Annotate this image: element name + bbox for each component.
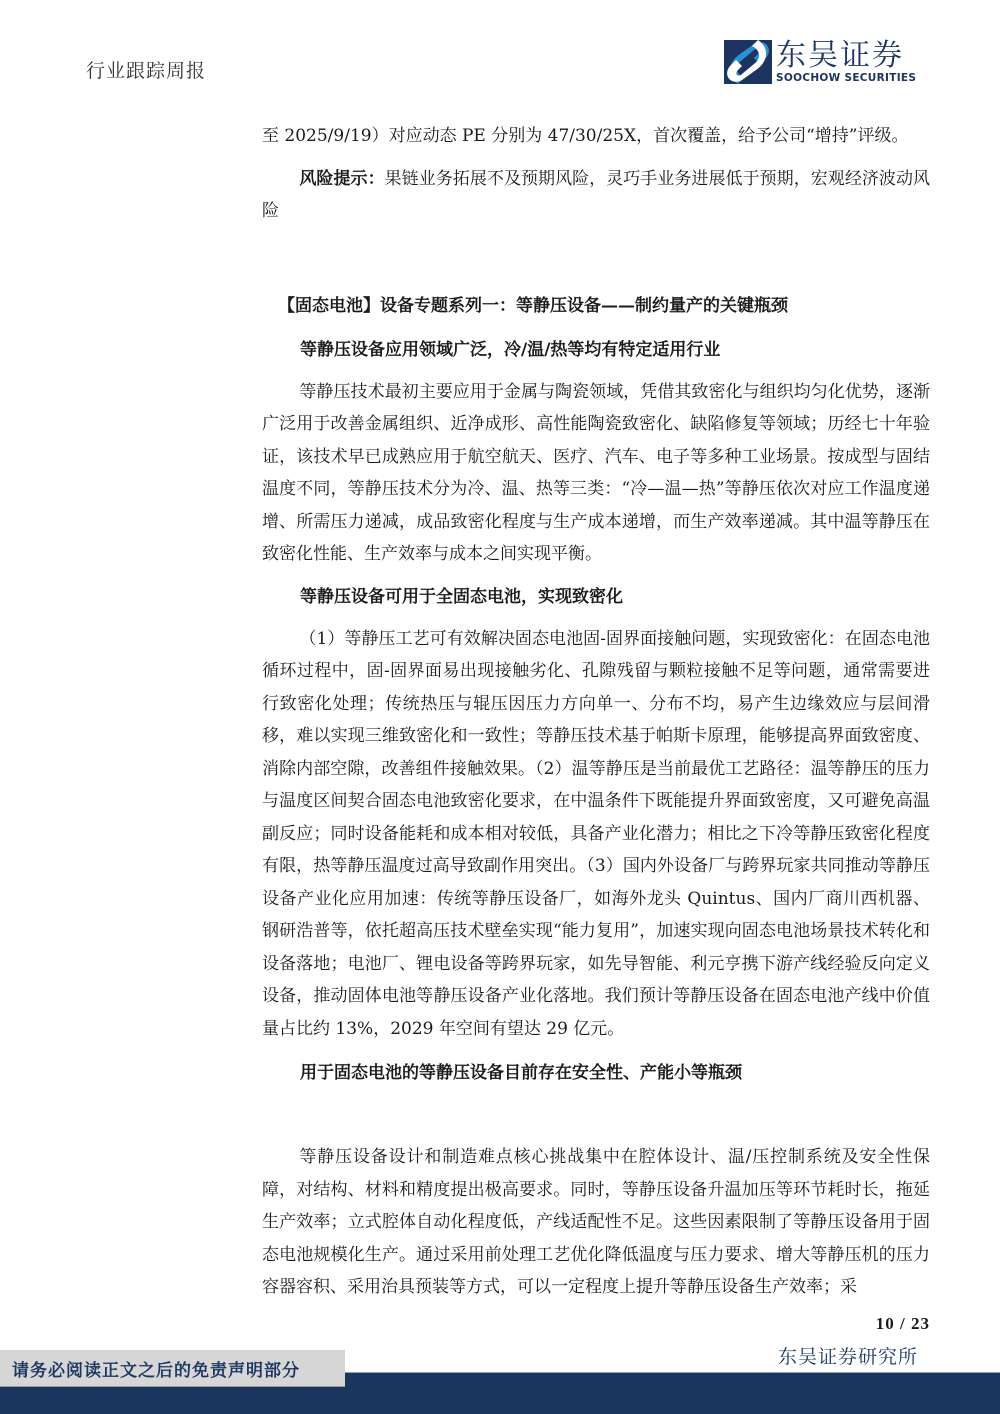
subsection-paragraph-1: 等静压技术最初主要应用于金属与陶瓷领域，凭借其致密化与组织均匀化优势，逐渐广泛用… bbox=[262, 376, 930, 571]
report-body: 至 2025/9/19）对应动态 PE 分别为 47/30/25X，首次覆盖，给… bbox=[262, 120, 930, 1304]
report-type-label: 行业跟踪周报 bbox=[86, 56, 206, 83]
risk-paragraph: 风险提示：果链业务拓展不及预期风险，灵巧手业务进展低于预期，宏观经济波动风险 bbox=[262, 163, 930, 228]
disclaimer-text: 请务必阅读正文之后的免责声明部分 bbox=[12, 1356, 300, 1381]
disclaimer-box: 请务必阅读正文之后的免责声明部分 bbox=[0, 1350, 345, 1387]
subsection-heading-1: 等静压设备应用领域广泛，冷/温/热等均有特定适用行业 bbox=[262, 334, 930, 366]
footer-org-name: 东吴证券研究所 bbox=[778, 1342, 918, 1369]
subsection-paragraph-2: （1）等静压工艺可有效解决固态电池固-固界面接触问题，实现致密化：在固态电池循环… bbox=[262, 623, 930, 1046]
subsection-heading-2: 等静压设备可用于全固态电池，实现致密化 bbox=[262, 581, 930, 613]
logo-chinese-name: 东吴证券 bbox=[776, 40, 916, 72]
page-number: 10 / 23 bbox=[876, 1314, 930, 1334]
soochow-logo-icon bbox=[724, 40, 772, 84]
logo-english-name: SOOCHOW SECURITIES bbox=[776, 72, 916, 84]
section-title: 【固态电池】设备专题系列一：等静压设备——制约量产的关键瓶颈 bbox=[262, 290, 930, 322]
subsection-paragraph-3: 等静压设备设计和制造难点核心挑战集中在腔体设计、温/压控制系统及安全性保障，对结… bbox=[262, 1141, 930, 1304]
risk-label: 风险提示： bbox=[299, 169, 384, 189]
intro-line: 至 2025/9/19）对应动态 PE 分别为 47/30/25X，首次覆盖，给… bbox=[262, 120, 930, 153]
subsection-heading-3: 用于固态电池的等静压设备目前存在安全性、产能小等瓶颈 bbox=[262, 1057, 930, 1089]
soochow-logo: 东吴证券 SOOCHOW SECURITIES bbox=[724, 38, 934, 86]
